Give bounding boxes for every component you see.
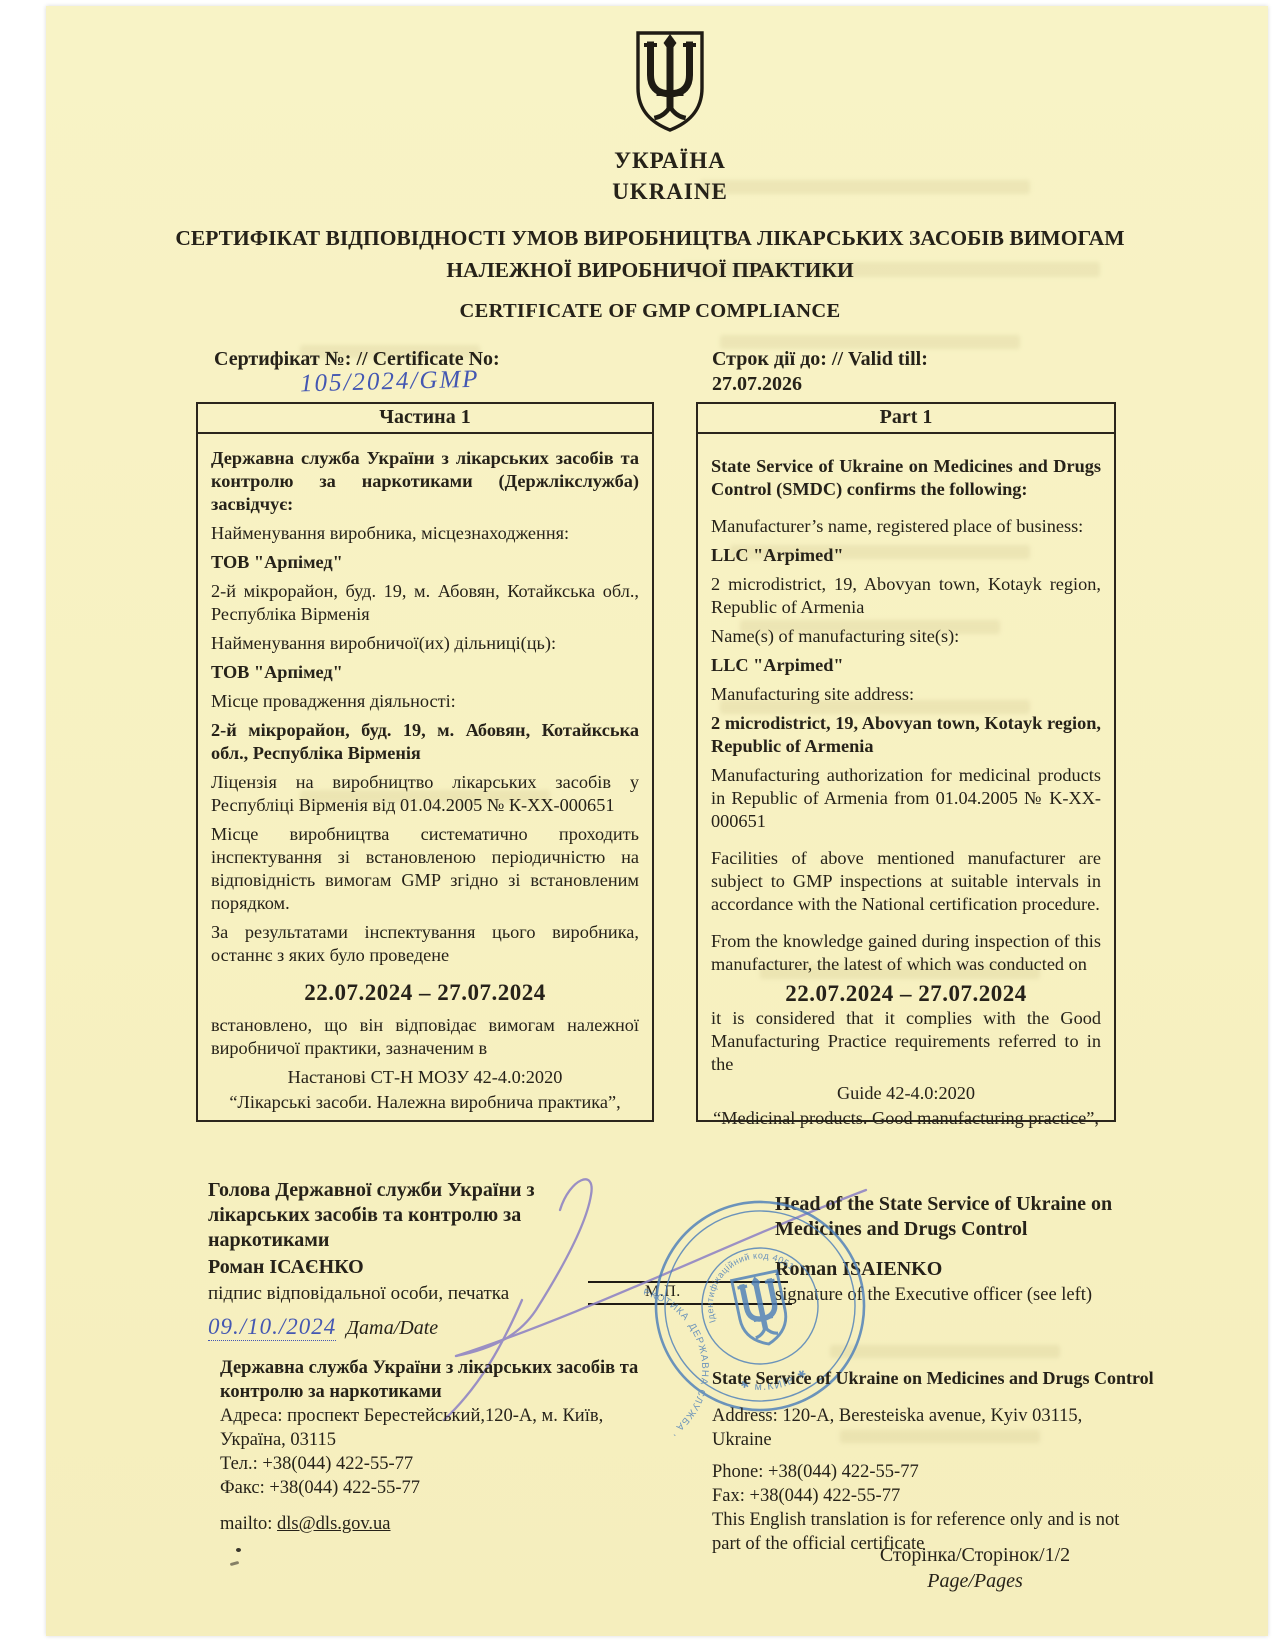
en-latest-inspection-intro: From the knowledge gained during inspect…: [711, 930, 1101, 976]
en-guide-reference-title: “Medicinal products. Good manufacturing …: [711, 1107, 1101, 1130]
signatory-caption-uk: підпис відповідальної особи, печатка: [208, 1283, 588, 1305]
uk-guide-reference: Настанові СТ-Н МОЗУ 42-4.0:2020: [211, 1066, 639, 1089]
mailto-label: mailto:: [220, 1514, 272, 1534]
en-inspection-dates: 22.07.2024 – 27.07.2024: [711, 982, 1101, 1005]
signatory-block-uk: Голова Державної служби України з лікарс…: [208, 1178, 588, 1305]
issuer-address-en: Address: 120-A, Beresteiska avenue, Kyiv…: [712, 1404, 1140, 1452]
en-license-info: Manufacturing authorization for medicina…: [711, 764, 1101, 833]
page-count-uk: Сторінка/Сторінок/1/2: [850, 1542, 1100, 1568]
ukraine-trident-emblem: [633, 30, 707, 134]
issuer-org-uk: Державна служба України з лікарських зас…: [220, 1356, 670, 1404]
en-inspection-statement: Facilities of above mentioned manufactur…: [711, 847, 1101, 916]
stamp-place-label: М.П.: [645, 1283, 681, 1301]
issuer-address-uk: Адреса: проспект Берестейський,120-А, м.…: [220, 1404, 670, 1452]
en-site-name: LLC "Arpimed": [711, 654, 1101, 677]
uk-site-name: ТОВ "Арпімед": [211, 661, 639, 684]
en-manufacturer-name: LLC "Arpimed": [711, 544, 1101, 567]
uk-confirming-authority: Державна служба України з лікарських зас…: [211, 447, 639, 516]
page-number-block: Сторінка/Сторінок/1/2 Page/Pages: [850, 1542, 1100, 1594]
uk-inspection-dates: 22.07.2024 – 27.07.2024: [211, 981, 639, 1004]
part1-uk-box: Частина 1 Державна служба України з ліка…: [196, 402, 654, 1122]
uk-manufacturer-address: 2-й мікрорайон, буд. 19, м. Абовян, Кота…: [211, 580, 639, 626]
issuer-tel-uk: Тел.: +38(044) 422-55-77: [220, 1452, 670, 1476]
certificate-number-value: 105/2024/GMP: [300, 366, 480, 399]
signature-line-top: [588, 1281, 788, 1283]
uk-manufacturer-name-label: Найменування виробника, місцезнаходження…: [211, 522, 639, 545]
date-line: 09./10./2024Дата/Date: [208, 1314, 438, 1340]
uk-site-address: 2-й мікрорайон, буд. 19, м. Абовян, Кота…: [211, 719, 639, 765]
signature-line-bottom: [588, 1303, 792, 1305]
issuer-contact-en: State Service of Ukraine on Medicines an…: [712, 1366, 1140, 1556]
scanned-certificate: УКРАЇНА UKRAINE СЕРТИФІКАТ ВІДПОВІДНОСТІ…: [0, 0, 1275, 1650]
certificate-title-en: CERTIFICATE OF GMP COMPLIANCE: [170, 300, 1130, 323]
part1-uk-body: Державна служба України з лікарських зас…: [198, 434, 652, 1116]
date-label: Дата/Date: [346, 1317, 438, 1339]
en-site-address-label: Manufacturing site address:: [711, 683, 1101, 706]
uk-guide-reference-title: “Лікарські засоби. Належна виробнича пра…: [211, 1091, 639, 1114]
part1-en-body: State Service of Ukraine on Medicines an…: [698, 434, 1114, 1132]
part1-uk-header: Частина 1: [198, 404, 652, 434]
issuer-fax-uk: Факс: +38(044) 422-55-77: [220, 1476, 670, 1500]
en-confirming-authority: State Service of Ukraine on Medicines an…: [711, 455, 1101, 501]
valid-till-value: 27.07.2026: [712, 373, 802, 396]
en-manufacturer-name-label: Manufacturer’s name, registered place of…: [711, 515, 1101, 538]
en-guide-reference: Guide 42-4.0:2020: [711, 1082, 1101, 1105]
en-compliance-statement: it is considered that it complies with t…: [711, 1007, 1101, 1076]
uk-manufacturer-name: ТОВ "Арпімед": [211, 551, 639, 574]
uk-latest-inspection-intro: За результатами інспектування цього виро…: [211, 921, 639, 967]
uk-inspection-statement: Місце виробництва систематично проходить…: [211, 823, 639, 915]
country-name-en: UKRAINE: [490, 179, 850, 205]
page-count-en: Page/Pages: [850, 1568, 1100, 1594]
en-manufacturer-address: 2 microdistrict, 19, Abovyan town, Kotay…: [711, 573, 1101, 619]
uk-site-name-label: Найменування виробничої(их) дільниці(ць)…: [211, 632, 639, 655]
issuer-org-en: State Service of Ukraine on Medicines an…: [712, 1366, 1140, 1390]
signatory-title-en: Head of the State Service of Ukraine on …: [775, 1192, 1125, 1242]
uk-license-info: Ліцензія на виробництво лікарських засоб…: [211, 771, 639, 817]
part1-en-box: Part 1 State Service of Ukraine on Medic…: [696, 402, 1116, 1122]
valid-till-label: Строк дії до: // Valid till:: [712, 348, 928, 371]
part1-en-header: Part 1: [698, 404, 1114, 434]
country-name-uk: УКРАЇНА: [490, 148, 850, 174]
signatory-caption-en: signature of the Executive officer (see …: [775, 1285, 1125, 1306]
signatory-title-uk: Голова Державної служби України з лікарс…: [208, 1178, 588, 1253]
en-site-address: 2 microdistrict, 19, Abovyan town, Kotay…: [711, 712, 1101, 758]
signatory-name-uk: Роман ІСАЄНКО: [208, 1256, 588, 1279]
signatory-block-en: Head of the State Service of Ukraine on …: [775, 1192, 1125, 1306]
issuer-contact-uk: Державна служба України з лікарських зас…: [220, 1356, 670, 1536]
en-site-name-label: Name(s) of manufacturing site(s):: [711, 625, 1101, 648]
issuer-phone-en: Phone: +38(044) 422-55-77: [712, 1460, 1140, 1484]
handwritten-date: 09./10./2024: [208, 1314, 336, 1341]
email-link[interactable]: dls@dls.gov.ua: [277, 1514, 390, 1534]
uk-site-address-label: Місце провадження діяльності:: [211, 690, 639, 713]
signatory-name-en: Roman ISAIENKO: [775, 1258, 1125, 1281]
certificate-title-uk: СЕРТИФІКАТ ВІДПОВІДНОСТІ УМОВ ВИРОБНИЦТВ…: [170, 222, 1130, 287]
ink-speck: [236, 1548, 241, 1552]
issuer-fax-en: Fax: +38(044) 422-55-77: [712, 1484, 1140, 1508]
uk-compliance-statement: встановлено, що він відповідає вимогам н…: [211, 1014, 639, 1060]
